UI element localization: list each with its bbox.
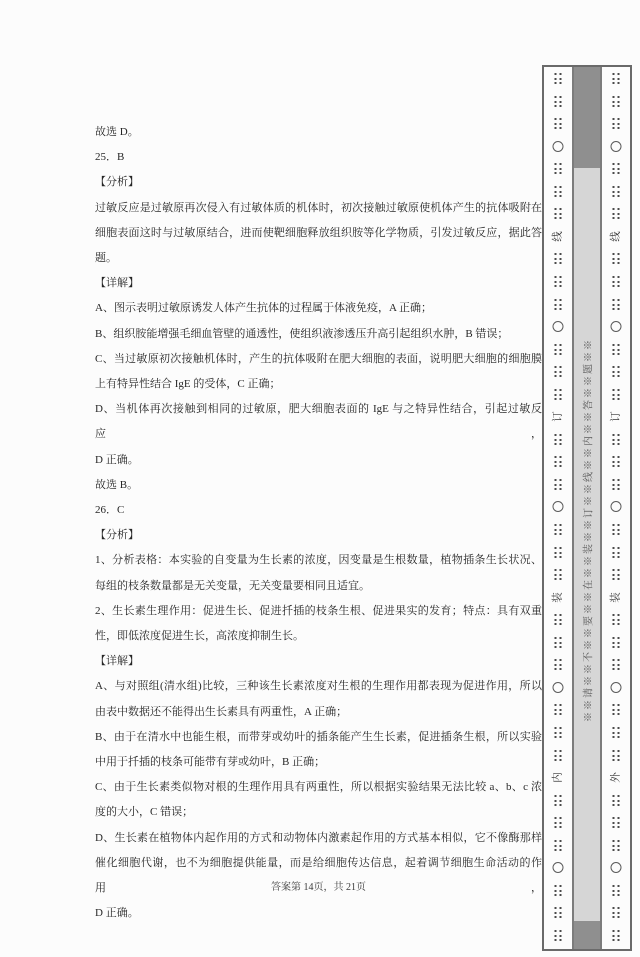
text-line: D 正确。 xyxy=(95,901,542,926)
dotted-line-mark xyxy=(555,704,562,715)
dotted-line-mark xyxy=(555,840,562,851)
text-line: 故选 B。 xyxy=(95,473,542,498)
text-line: C、当过敏原初次接触机体时，产生的抗体吸附在肥大细胞的表面，说明肥大细胞的细胞膜 xyxy=(95,347,542,372)
dotted-line-mark xyxy=(613,208,620,219)
dotted-line-mark xyxy=(613,456,620,467)
dotted-line-mark xyxy=(555,569,562,580)
dotted-line-mark xyxy=(613,118,620,129)
dotted-line-mark xyxy=(613,637,620,648)
dotted-line-mark xyxy=(613,299,620,310)
binding-notice-vertical-text: ※※请※※不※※要※※在※※装※※订※※线※※内※※答※※题※※ xyxy=(580,338,595,722)
page-footer: 答案第 14页，共 21页 xyxy=(95,878,542,893)
dotted-line-mark xyxy=(613,186,620,197)
dotted-line-mark xyxy=(555,479,562,490)
dotted-line-mark xyxy=(555,208,562,219)
text-line: 故选 D。 xyxy=(95,120,542,145)
text-line: 1、分析表格：本实验的自变量为生长素的浓度，因变量是生根数量，植物插条生长状况、 xyxy=(95,548,542,573)
binding-char: 外 xyxy=(611,772,622,783)
dotted-line-mark xyxy=(555,344,562,355)
dotted-line-mark xyxy=(613,930,620,941)
dotted-line-mark xyxy=(613,907,620,918)
punch-circle xyxy=(611,501,622,512)
text-line: B、由于在清水中也能生根，而带芽或幼叶的插条能产生生长素，促进插条生根，所以实验 xyxy=(95,725,542,750)
dotted-line-mark xyxy=(555,96,562,107)
binding-char: 线 xyxy=(611,231,622,242)
dotted-line-mark xyxy=(555,614,562,625)
dotted-line-mark xyxy=(555,750,562,761)
text-line: 由表中数据还不能得出生长素具有两重性，A 正确； xyxy=(95,700,542,725)
dotted-line-mark xyxy=(555,795,562,806)
binding-margin: 线订装内 ※※请※※不※※要※※在※※装※※订※※线※※内※※答※※题※※ 线订… xyxy=(542,65,632,951)
dotted-line-mark xyxy=(555,276,562,287)
text-line: 过敏反应是过敏原再次侵入有过敏体质的机体时，初次接触过敏原使机体产生的抗体吸附在 xyxy=(95,196,542,221)
punch-circle xyxy=(553,501,564,512)
dotted-line-mark xyxy=(555,524,562,535)
dotted-line-mark xyxy=(613,817,620,828)
dotted-line-mark xyxy=(555,907,562,918)
dotted-line-mark xyxy=(613,366,620,377)
dotted-line-mark xyxy=(613,569,620,580)
dotted-line-mark xyxy=(555,885,562,896)
dotted-line-mark xyxy=(613,96,620,107)
binding-strip-center: ※※请※※不※※要※※在※※装※※订※※线※※内※※答※※题※※ xyxy=(572,67,602,949)
binding-char: 线 xyxy=(553,231,564,242)
text-line: B、组织胺能增强毛细血管壁的通透性，使组织液渗透压升高引起组织水肿，B 错误； xyxy=(95,322,542,347)
punch-circle xyxy=(553,862,564,873)
answer-sheet-page: 故选 D。25．B【分析】过敏反应是过敏原再次侵入有过敏体质的机体时，初次接触过… xyxy=(0,0,640,957)
text-line: D、当机体再次接触到相同的过敏原，肥大细胞表面的 IgE 与之特异性结合，引起过… xyxy=(95,397,542,447)
text-line: 细胞表面这时与过敏原结合，进而使靶细胞释放组织胺等化学物质，引发过敏反应，据此答 xyxy=(95,221,542,246)
dotted-line-mark xyxy=(555,299,562,310)
text-line: 26．C xyxy=(95,498,542,523)
dotted-line-mark xyxy=(613,614,620,625)
dotted-line-mark xyxy=(613,727,620,738)
dotted-line-mark xyxy=(613,344,620,355)
binding-char: 装 xyxy=(553,592,564,603)
text-line: D、生长素在植物体内起作用的方式和动物体内激素起作用的方式基本相似，它不像酶那样 xyxy=(95,826,542,851)
text-line: 【详解】 xyxy=(95,649,542,674)
dotted-line-mark xyxy=(613,840,620,851)
text-line: 上有特异性结合 IgE 的受体，C 正确； xyxy=(95,372,542,397)
punch-circle xyxy=(611,321,622,332)
dotted-line-mark xyxy=(613,253,620,264)
binding-strip-outer: 线订装外 xyxy=(602,67,632,949)
dotted-line-mark xyxy=(613,750,620,761)
dotted-line-mark xyxy=(613,524,620,535)
text-line: 【详解】 xyxy=(95,271,542,296)
text-line: D 正确。 xyxy=(95,448,542,473)
dotted-line-mark xyxy=(613,276,620,287)
binding-char: 订 xyxy=(611,412,622,423)
text-line: 【分析】 xyxy=(95,170,542,195)
binding-char: 装 xyxy=(611,592,622,603)
dotted-line-mark xyxy=(613,479,620,490)
dotted-line-mark xyxy=(555,727,562,738)
dotted-line-mark xyxy=(613,547,620,558)
dotted-line-mark xyxy=(613,434,620,445)
text-line: 度的大小，C 错误； xyxy=(95,800,542,825)
dotted-line-mark xyxy=(555,163,562,174)
dotted-line-mark xyxy=(555,253,562,264)
text-line: C、由于生长素类似物对根的生理作用具有两重性，所以根据实验结果无法比较 a、b、… xyxy=(95,775,542,800)
dotted-line-mark xyxy=(555,366,562,377)
dotted-line-mark xyxy=(555,547,562,558)
binding-char: 订 xyxy=(553,412,564,423)
dotted-line-mark xyxy=(555,456,562,467)
dotted-line-mark xyxy=(613,73,620,84)
punch-circle xyxy=(611,141,622,152)
text-line: 中用于扦插的枝条可能带有芽或幼叶，B 正确； xyxy=(95,750,542,775)
punch-circle xyxy=(553,141,564,152)
punch-circle xyxy=(611,862,622,873)
text-line: 催化细胞代谢，也不为细胞提供能量，而是给细胞传达信息，起着调节细胞生命活动的作用… xyxy=(95,851,542,901)
text-line: A、图示表明过敏原诱发人体产生抗体的过程属于体液免疫，A 正确； xyxy=(95,296,542,321)
binding-strip-inner: 线订装内 xyxy=(542,67,572,949)
dotted-line-mark xyxy=(555,186,562,197)
dotted-line-mark xyxy=(555,637,562,648)
dotted-line-mark xyxy=(555,389,562,400)
text-line: 题。 xyxy=(95,246,542,271)
answer-text-column: 故选 D。25．B【分析】过敏反应是过敏原再次侵入有过敏体质的机体时，初次接触过… xyxy=(95,120,542,927)
dotted-line-mark xyxy=(555,659,562,670)
text-line: A、与对照组(清水组)比较，三种该生长素浓度对生根的生理作用都表现为促进作用，所… xyxy=(95,674,542,699)
punch-circle xyxy=(553,682,564,693)
dotted-line-mark xyxy=(613,389,620,400)
dotted-line-mark xyxy=(613,885,620,896)
dark-block-bottom xyxy=(574,921,600,949)
dotted-line-mark xyxy=(555,930,562,941)
text-line: 【分析】 xyxy=(95,523,542,548)
text-line: 2、生长素生理作用：促进生长、促进扦插的枝条生根、促进果实的发育；特点：具有双重 xyxy=(95,599,542,624)
dotted-line-mark xyxy=(613,704,620,715)
dotted-line-mark xyxy=(613,795,620,806)
dotted-line-mark xyxy=(555,73,562,84)
dotted-line-mark xyxy=(555,434,562,445)
text-line: 每组的枝条数量都是无关变量，无关变量要相同且适宜。 xyxy=(95,574,542,599)
punch-circle xyxy=(611,682,622,693)
text-line: 性，即低浓度促进生长，高浓度抑制生长。 xyxy=(95,624,542,649)
binding-char: 内 xyxy=(553,772,564,783)
dotted-line-mark xyxy=(555,817,562,828)
dark-block-top xyxy=(574,67,600,168)
dotted-line-mark xyxy=(613,163,620,174)
dotted-line-mark xyxy=(613,659,620,670)
punch-circle xyxy=(553,321,564,332)
dotted-line-mark xyxy=(555,118,562,129)
text-line: 25．B xyxy=(95,145,542,170)
